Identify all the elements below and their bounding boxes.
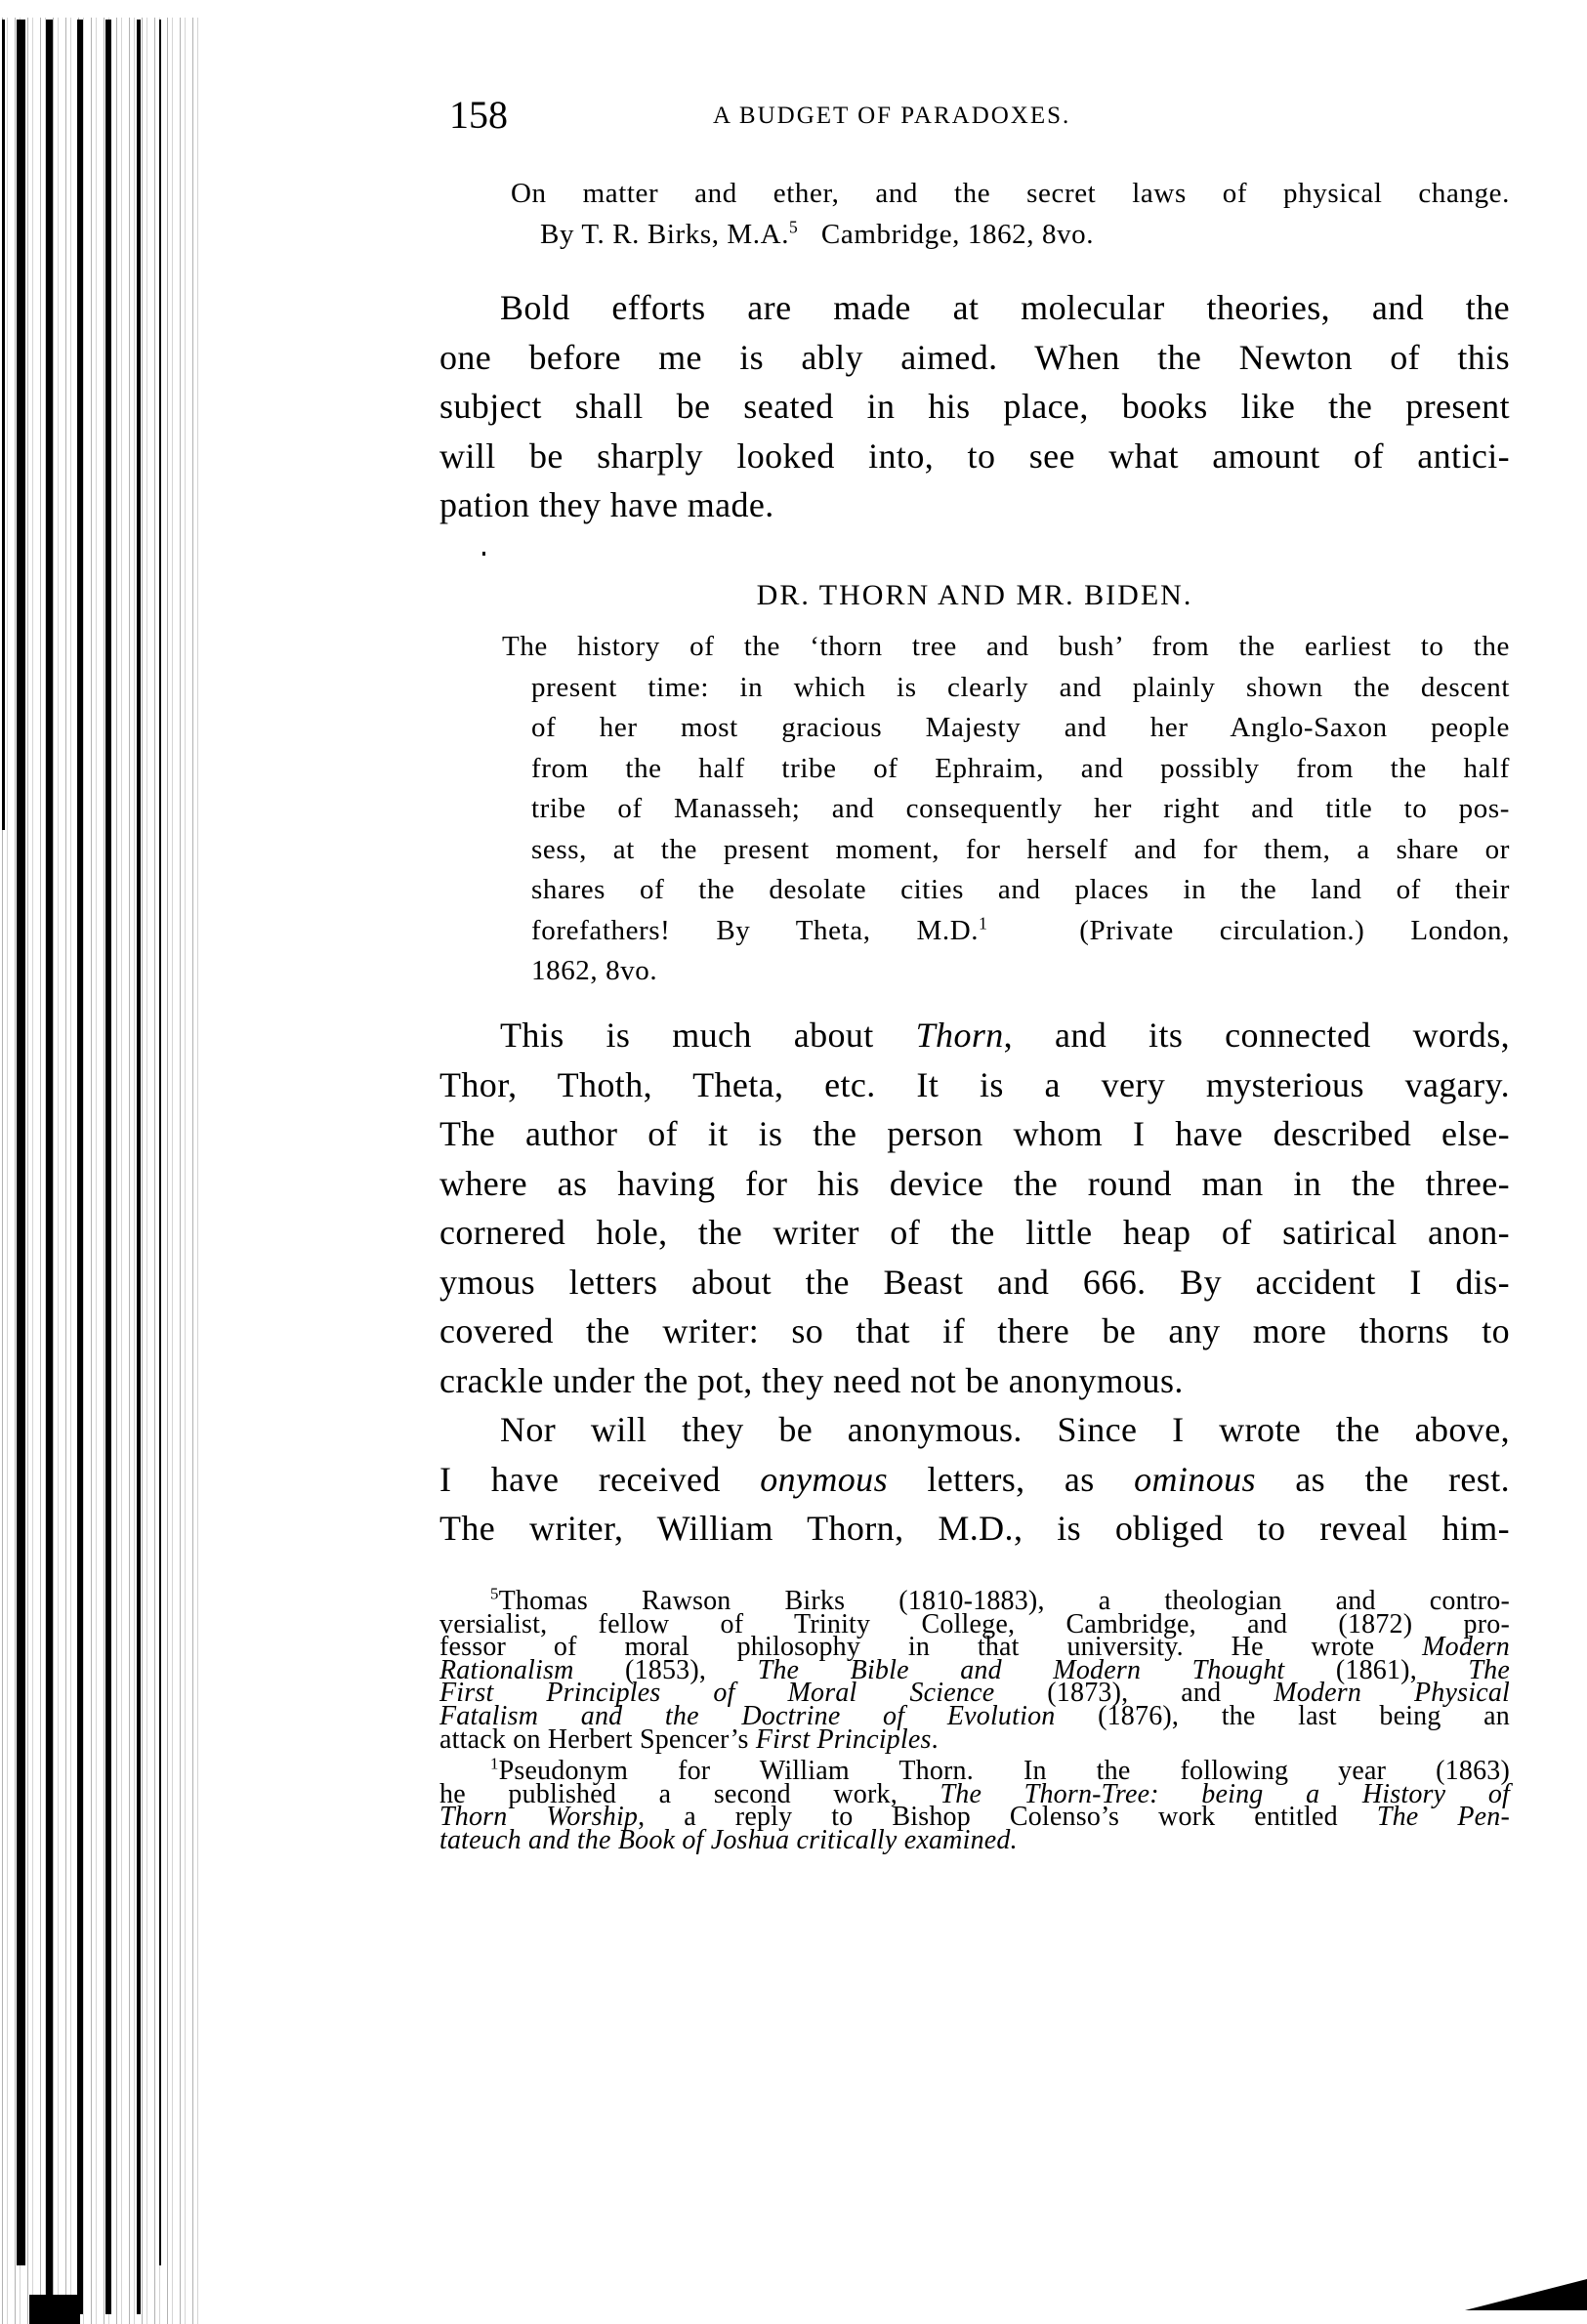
biblio-line: By T. R. Birks, M.A.5 Cambridge, 1862, 8…: [511, 215, 1510, 256]
text-line: one before me is ably aimed. When the Ne…: [439, 333, 1510, 383]
binding-line: [77, 20, 83, 2314]
binding-line: [105, 20, 111, 2314]
section-heading: DR. THORN AND MR. BIDEN.: [439, 576, 1510, 615]
footnote-line: tateuch and the Book of Joshua criticall…: [439, 1829, 1510, 1852]
biblio-line: The history of the ‘thorn tree and bush’…: [502, 627, 1510, 668]
text-line: crackle under the pot, they need not be …: [439, 1356, 1510, 1406]
footnote-marker: 5: [490, 1585, 499, 1603]
biblio-line: 1862, 8vo.: [502, 951, 1510, 992]
binding-line: [137, 20, 141, 2314]
text-line: covered the writer: so that if there be …: [439, 1307, 1510, 1356]
page-number: 158: [449, 94, 508, 137]
text-line: Bold efforts are made at molecular theor…: [439, 283, 1510, 333]
text-line: pation they have made.: [439, 480, 1510, 530]
biblio-line: tribe of Manasseh; and consequently her …: [502, 789, 1510, 830]
text-line: I have received onymous letters, as omin…: [439, 1455, 1510, 1505]
footnotes: 5Thomas Rawson Birks (1810-1883), a theo…: [439, 1590, 1510, 1852]
binding-corner-shadow: [29, 2295, 80, 2324]
biblio-line: from the half tribe of Ephraim, and poss…: [502, 749, 1510, 790]
biblio-line: forefathers! By Theta, M.D.1 (Private ci…: [502, 911, 1510, 952]
text-line: where as having for his device the round…: [439, 1159, 1510, 1209]
paragraph: Bold efforts are made at molecular theor…: [439, 283, 1510, 530]
running-head: 158 A BUDGET OF PARADOXES.: [439, 94, 1510, 137]
binding-line: [2, 20, 5, 830]
footnote-ref[interactable]: 1: [979, 913, 987, 933]
binding-edge-artifact: [0, 18, 200, 2324]
stray-mark: [482, 552, 485, 556]
biblio-line: On matter and ether, and the secret laws…: [511, 174, 1510, 215]
binding-line: [159, 20, 161, 2265]
footnote-ref[interactable]: 5: [789, 217, 798, 236]
binding-line: [17, 20, 25, 2265]
running-title: A BUDGET OF PARADOXES.: [713, 102, 1070, 131]
text-line: Thor, Thoth, Theta, etc. It is a very my…: [439, 1060, 1510, 1110]
biblio-line: sess, at the present moment, for herself…: [502, 830, 1510, 871]
biblio-line: present time: in which is clearly and pl…: [502, 668, 1510, 709]
bibliographic-entry-birks: On matter and ether, and the secret laws…: [511, 174, 1510, 255]
biblio-line: shares of the desolate cities and places…: [502, 870, 1510, 911]
footnote-marker: 1: [490, 1755, 499, 1773]
text-line: will be sharply looked into, to see what…: [439, 432, 1510, 481]
text-line: This is much about Thorn, and its connec…: [439, 1011, 1510, 1060]
footnote-line: attack on Herbert Spencer’s First Princi…: [439, 1728, 1510, 1752]
text-line: The writer, William Thorn, M.D., is obli…: [439, 1504, 1510, 1554]
binding-line: [46, 20, 53, 2304]
text-line: The author of it is the person whom I ha…: [439, 1109, 1510, 1159]
text-line: cornered hole, the writer of the little …: [439, 1208, 1510, 1258]
text-line: Nor will they be anonymous. Since I wrot…: [439, 1405, 1510, 1455]
paragraph: This is much about Thorn, and its connec…: [439, 1011, 1510, 1405]
biblio-line: of her most gracious Majesty and her Ang…: [502, 708, 1510, 749]
bibliographic-entry-thorn: The history of the ‘thorn tree and bush’…: [502, 627, 1510, 992]
paragraph: Nor will they be anonymous. Since I wrot…: [439, 1405, 1510, 1554]
text-line: subject shall be seated in his place, bo…: [439, 382, 1510, 432]
text-line: ymous letters about the Beast and 666. B…: [439, 1258, 1510, 1307]
page-curl-shadow: [1465, 2279, 1587, 2310]
